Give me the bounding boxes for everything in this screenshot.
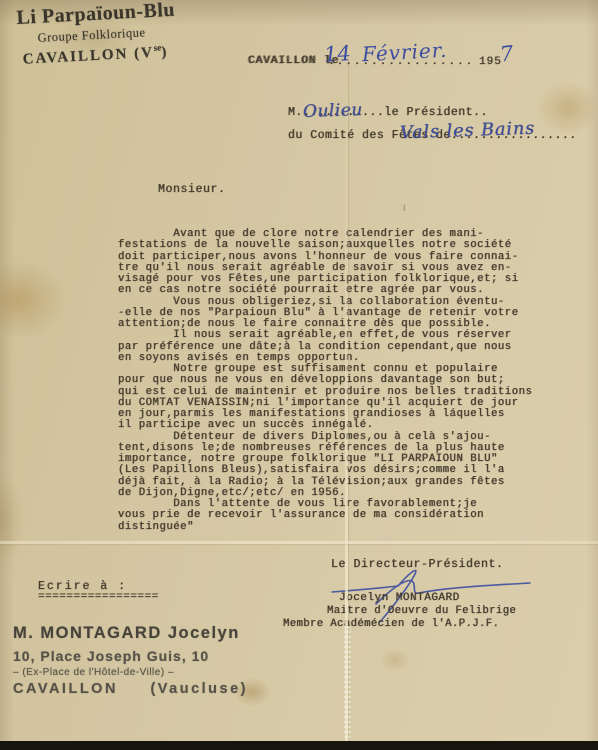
letter-paper: Li Parpaïoun-Blu Groupe Folklorique CAVA… [0, 0, 598, 741]
dateline-year-typed: 195 [479, 56, 502, 68]
stray-typewriter-mark: I [403, 203, 406, 213]
write-to-block: Ecrire à : ================= [38, 580, 159, 603]
addressee-block: M............le Président.. Oulieu du Co… [288, 106, 588, 152]
horizontal-fold-crease [0, 541, 598, 544]
vertical-watermark [344, 626, 351, 738]
addressee-line2: du Comité des Fêtes de................. … [288, 129, 588, 152]
handwritten-addressee-name: Oulieu [303, 100, 363, 122]
signatory-name: Jocelyn MONTAGARD [339, 592, 460, 604]
dateline: CAVAILLON le ................. 195 14 Fé… [248, 46, 588, 82]
letterhead-city: CAVAILLON (Vse) [22, 42, 177, 69]
letter-body: Avant que de clore notre calendrier des … [118, 229, 558, 533]
footer-address-stamp: M. MONTAGARD Jocelyn 10, Place Joseph Gu… [13, 624, 263, 697]
handwritten-year-digit: 7 [499, 41, 515, 66]
write-to-underline: ================= [38, 591, 159, 603]
handwritten-month: Février. [361, 38, 448, 66]
letterhead-stamp: Li Parpaïoun-Blu Groupe Folklorique CAVA… [16, 0, 178, 69]
footer-stamp-name: M. MONTAGARD Jocelyn [13, 624, 263, 643]
salutation: Monsieur. [158, 183, 226, 196]
footer-stamp-city: CAVAILLON (Vaucluse) [13, 681, 248, 697]
footer-stamp-explace: – (Ex-Place de l'Hôtel-de-Ville) – [13, 667, 263, 678]
scanned-letter-photo: { "letterhead": { "line1": "Li Parpaïoun… [0, 0, 598, 750]
signatory-role-2: Membre Académécien de l'A.P.J.F. [283, 618, 499, 630]
signatory-role-1: Maitre d'Oeuvre du Felibrige [327, 605, 516, 617]
footer-stamp-street: 10, Place Joseph Guis, 10 [13, 648, 263, 664]
